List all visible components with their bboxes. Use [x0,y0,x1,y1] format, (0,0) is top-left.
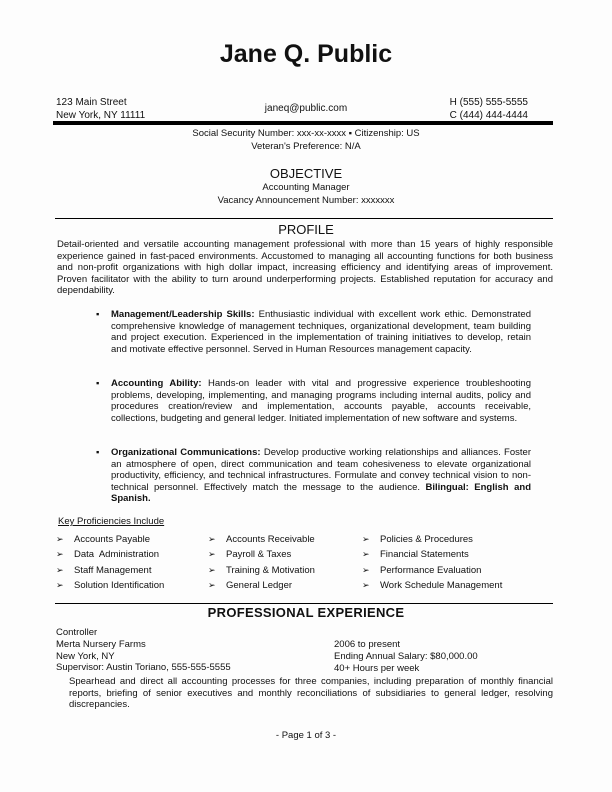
proficiency-item: ➢Accounts Payable [56,534,150,545]
ssn-citizenship-line: Social Security Number: xxx-xx-xxxx ▪ Ci… [0,128,612,139]
objective-position: Accounting Manager [0,182,612,193]
arrow-bullet-icon: ➢ [56,549,74,560]
proficiency-item: ➢Performance Evaluation [362,565,481,576]
proficiency-item: ➢Work Schedule Management [362,580,502,591]
arrow-bullet-icon: ➢ [56,580,74,591]
arrow-bullet-icon: ➢ [208,580,226,591]
proficiency-label: Data Administration [74,549,159,560]
experience-divider [55,603,553,604]
proficiency-item: ➢General Ledger [208,580,292,591]
proficiency-item: ➢Data Administration [56,549,159,560]
page-number: - Page 1 of 3 - [0,730,612,741]
proficiency-label: General Ledger [226,580,292,591]
proficiency-item: ➢Staff Management [56,565,151,576]
profile-title: PROFILE [0,222,612,237]
proficiency-item: ➢Financial Statements [362,549,469,560]
arrow-bullet-icon: ➢ [362,565,380,576]
header-divider [53,121,553,125]
proficiency-label: Policies & Procedures [380,534,473,545]
bullet-label: Accounting Ability: [111,378,202,389]
arrow-bullet-icon: ➢ [362,549,380,560]
job-title: Controller [56,627,231,639]
arrow-bullet-icon: ➢ [208,534,226,545]
job-company: Merta Nursery Farms [56,639,231,651]
candidate-name: Jane Q. Public [0,40,612,69]
job-supervisor: Supervisor: Austin Toriano, 555-555-5555 [56,662,231,674]
vacancy-number: Vacancy Announcement Number: xxxxxxx [0,195,612,206]
arrow-bullet-icon: ➢ [362,534,380,545]
bullet-icon: ▪ [96,309,99,320]
proficiency-item: ➢Payroll & Taxes [208,549,291,560]
arrow-bullet-icon: ➢ [208,565,226,576]
profile-bullet-management: Management/Leadership Skills: Enthusiast… [111,309,531,355]
proficiency-item: ➢Accounts Receivable [208,534,315,545]
job-hours: 40+ Hours per week [334,663,478,675]
arrow-bullet-icon: ➢ [362,580,380,591]
job-block-left: Controller Merta Nursery Farms New York,… [56,627,231,674]
proficiency-label: Work Schedule Management [380,580,502,591]
proficiency-label: Financial Statements [380,549,469,560]
bullet-label: Organizational Communications: [111,447,261,458]
proficiency-label: Performance Evaluation [380,565,481,576]
proficiency-item: ➢Training & Motivation [208,565,315,576]
arrow-bullet-icon: ➢ [56,534,74,545]
proficiency-item: ➢Solution Identification [56,580,164,591]
profile-bullet-communications: Organizational Communications: Develop p… [111,447,531,505]
profile-bullet-accounting: Accounting Ability: Hands-on leader with… [111,378,531,424]
proficiency-label: Solution Identification [74,580,164,591]
profile-summary: Detail-oriented and versatile accounting… [57,239,553,297]
experience-title: PROFESSIONAL EXPERIENCE [0,605,612,620]
phone-block: H (555) 555-5555 C (444) 444-4444 [450,97,528,122]
phone-home: H (555) 555-5555 [450,97,528,110]
veteran-preference-line: Veteran's Preference: N/A [0,141,612,152]
arrow-bullet-icon: ➢ [208,549,226,560]
bullet-icon: ▪ [96,447,99,458]
objective-title: OBJECTIVE [0,166,612,181]
profile-divider [55,218,553,219]
proficiency-label: Payroll & Taxes [226,549,291,560]
job-dates: 2006 to present [334,639,478,651]
proficiency-label: Training & Motivation [226,565,315,576]
proficiency-item: ➢Policies & Procedures [362,534,473,545]
proficiency-label: Staff Management [74,565,151,576]
proficiency-label: Accounts Payable [74,534,150,545]
proficiency-label: Accounts Receivable [226,534,315,545]
job-description: Spearhead and direct all accounting proc… [69,676,553,711]
proficiencies-heading: Key Proficiencies Include [58,516,164,527]
bullet-icon: ▪ [96,378,99,389]
job-salary: Ending Annual Salary: $80,000.00 [334,651,478,663]
job-location: New York, NY [56,651,231,663]
arrow-bullet-icon: ➢ [56,565,74,576]
job-block-right: 2006 to present Ending Annual Salary: $8… [334,639,478,674]
bullet-label: Management/Leadership Skills: [111,309,255,320]
